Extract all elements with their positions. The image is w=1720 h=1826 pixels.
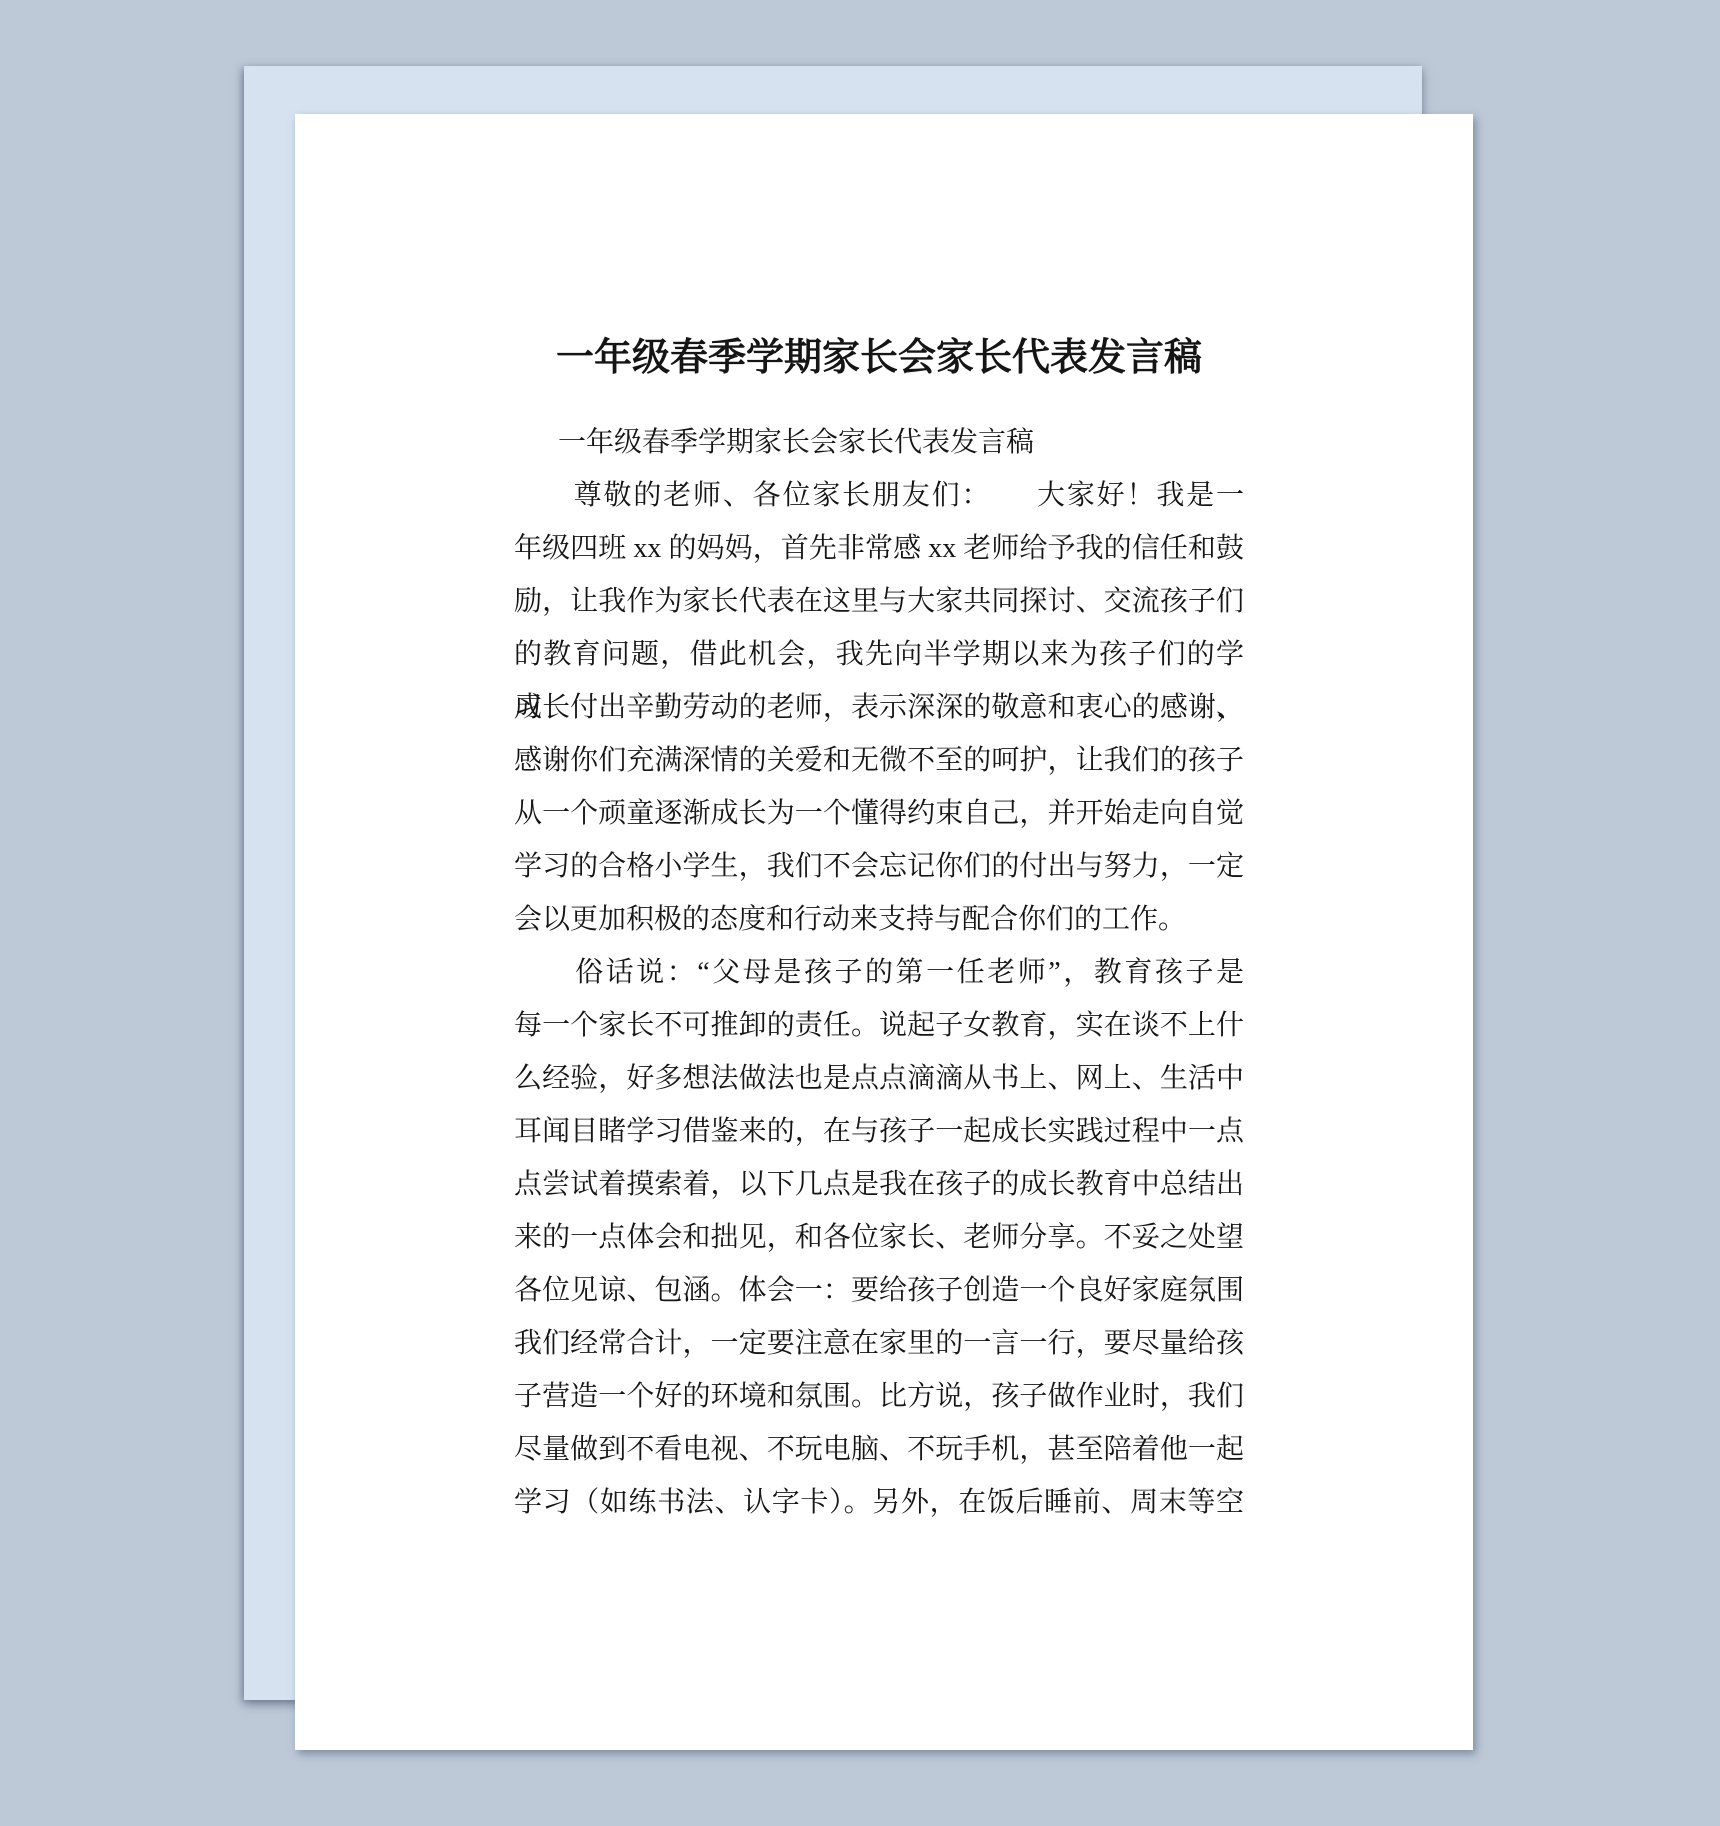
- text-line: 从一个顽童逐渐成长为一个懂得约束自己，并开始走向自觉: [514, 787, 1244, 840]
- text-line: 尊敬的老师、各位家长朋友们： 大家好！我是一: [514, 469, 1244, 522]
- text-line: 学习的合格小学生，我们不会忘记你们的付出与努力，一定: [514, 840, 1244, 893]
- text-line: 会以更加积极的态度和行动来支持与配合你们的工作。: [514, 893, 1244, 946]
- document-page: 一年级春季学期家长会家长代表发言稿 一年级春季学期家长会家长代表发言稿 尊敬的老…: [295, 114, 1473, 1750]
- text-line: 耳闻目睹学习借鉴来的，在与孩子一起成长实践过程中一点: [514, 1105, 1244, 1158]
- document-content: 一年级春季学期家长会家长代表发言稿 一年级春季学期家长会家长代表发言稿 尊敬的老…: [514, 114, 1244, 1529]
- text-line: 俗话说：“父母是孩子的第一任老师”，教育孩子是: [514, 946, 1244, 999]
- text-line: 我们经常合计，一定要注意在家里的一言一行，要尽量给孩: [514, 1317, 1244, 1370]
- document-subtitle: 一年级春季学期家长会家长代表发言稿: [514, 416, 1244, 469]
- text-line: 尽量做到不看电视、不玩电脑、不玩手机，甚至陪着他一起: [514, 1423, 1244, 1476]
- canvas-background: { "colors": { "background": "#bdc9d7", "…: [0, 0, 1720, 1826]
- document-body: 一年级春季学期家长会家长代表发言稿 尊敬的老师、各位家长朋友们： 大家好！我是一…: [514, 416, 1244, 1529]
- text-line: 来的一点体会和拙见，和各位家长、老师分享。不妥之处望: [514, 1211, 1244, 1264]
- text-line: 学习（如练书法、认字卡）。另外，在饭后睡前、周末等空: [514, 1476, 1244, 1529]
- text-line: 成长付出辛勤劳动的老师，表示深深的敬意和衷心的感谢，: [514, 681, 1244, 734]
- text-line: 么经验，好多想法做法也是点点滴滴从书上、网上、生活中: [514, 1052, 1244, 1105]
- text-line: 每一个家长不可推卸的责任。说起子女教育，实在谈不上什: [514, 999, 1244, 1052]
- text-line: 的教育问题，借此机会，我先向半学期以来为孩子们的学习、: [514, 628, 1244, 681]
- paragraph: 俗话说：“父母是孩子的第一任老师”，教育孩子是每一个家长不可推卸的责任。说起子女…: [514, 946, 1244, 1529]
- paragraph: 尊敬的老师、各位家长朋友们： 大家好！我是一年级四班 xx 的妈妈，首先非常感 …: [514, 469, 1244, 946]
- document-title: 一年级春季学期家长会家长代表发言稿: [514, 330, 1244, 386]
- text-line: 各位见谅、包涵。体会一：要给孩子创造一个良好家庭氛围: [514, 1264, 1244, 1317]
- text-line: 感谢你们充满深情的关爱和无微不至的呵护，让我们的孩子: [514, 734, 1244, 787]
- text-line: 子营造一个好的环境和氛围。比方说，孩子做作业时，我们: [514, 1370, 1244, 1423]
- text-line: 年级四班 xx 的妈妈，首先非常感 xx 老师给予我的信任和鼓: [514, 522, 1244, 575]
- text-line: 点尝试着摸索着，以下几点是我在孩子的成长教育中总结出: [514, 1158, 1244, 1211]
- text-line: 励，让我作为家长代表在这里与大家共同探讨、交流孩子们: [514, 575, 1244, 628]
